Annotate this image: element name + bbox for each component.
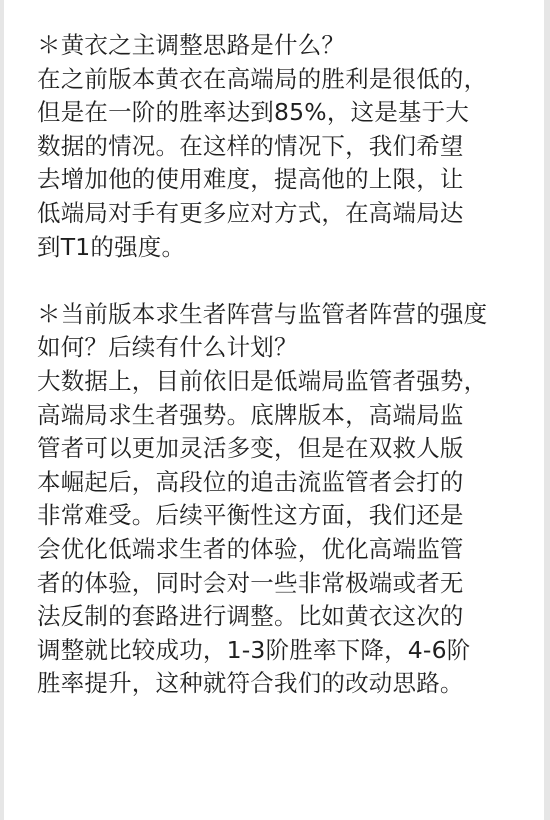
answer-line: 去增加他的使用难度，提高他的上限，让 bbox=[37, 163, 507, 197]
question-heading: 如何？后续有什么计划？ bbox=[37, 331, 507, 365]
question-heading: ＊黄衣之主调整思路是什么？ bbox=[37, 29, 507, 63]
answer-line: 但是在一阶的胜率达到85%，这是基于大 bbox=[37, 96, 507, 130]
answer-line: 胜率提升，这种就符合我们的改动思路。 bbox=[37, 667, 507, 701]
right-border bbox=[544, 0, 550, 820]
article-body: ＊黄衣之主调整思路是什么？ 在之前版本黄衣在高端局的胜利是很低的， 但是在一阶的… bbox=[37, 29, 507, 701]
qa-section-2: ＊当前版本求生者阵营与监管者阵营的强度 如何？后续有什么计划？ 大数据上，目前依… bbox=[37, 298, 507, 701]
answer-line: 调整就比较成功，1-3阶胜率下降，4-6阶 bbox=[37, 634, 507, 668]
answer-line: 到T1的强度。 bbox=[37, 231, 507, 265]
answer-line: 本崛起后，高段位的追击流监管者会打的 bbox=[37, 466, 507, 500]
answer-line: 者的体验，同时会对一些非常极端或者无 bbox=[37, 567, 507, 601]
left-border bbox=[0, 0, 4, 820]
answer-line: 管者可以更加灵活多变，但是在双救人版 bbox=[37, 432, 507, 466]
answer-line: 会优化低端求生者的体验，优化高端监管 bbox=[37, 533, 507, 567]
answer-line: 高端局求生者强势。底牌版本，高端局监 bbox=[37, 399, 507, 433]
answer-line: 数据的情况。在这样的情况下，我们希望 bbox=[37, 130, 507, 164]
answer-line: 在之前版本黄衣在高端局的胜利是很低的， bbox=[37, 63, 507, 97]
answer-line: 非常难受。后续平衡性这方面，我们还是 bbox=[37, 499, 507, 533]
qa-section-1: ＊黄衣之主调整思路是什么？ 在之前版本黄衣在高端局的胜利是很低的， 但是在一阶的… bbox=[37, 29, 507, 264]
answer-line: 低端局对手有更多应对方式，在高端局达 bbox=[37, 197, 507, 231]
answer-line: 法反制的套路进行调整。比如黄衣这次的 bbox=[37, 600, 507, 634]
answer-line: 大数据上，目前依旧是低端局监管者强势， bbox=[37, 365, 507, 399]
paragraph-gap bbox=[37, 264, 507, 298]
question-heading: ＊当前版本求生者阵营与监管者阵营的强度 bbox=[37, 298, 507, 332]
